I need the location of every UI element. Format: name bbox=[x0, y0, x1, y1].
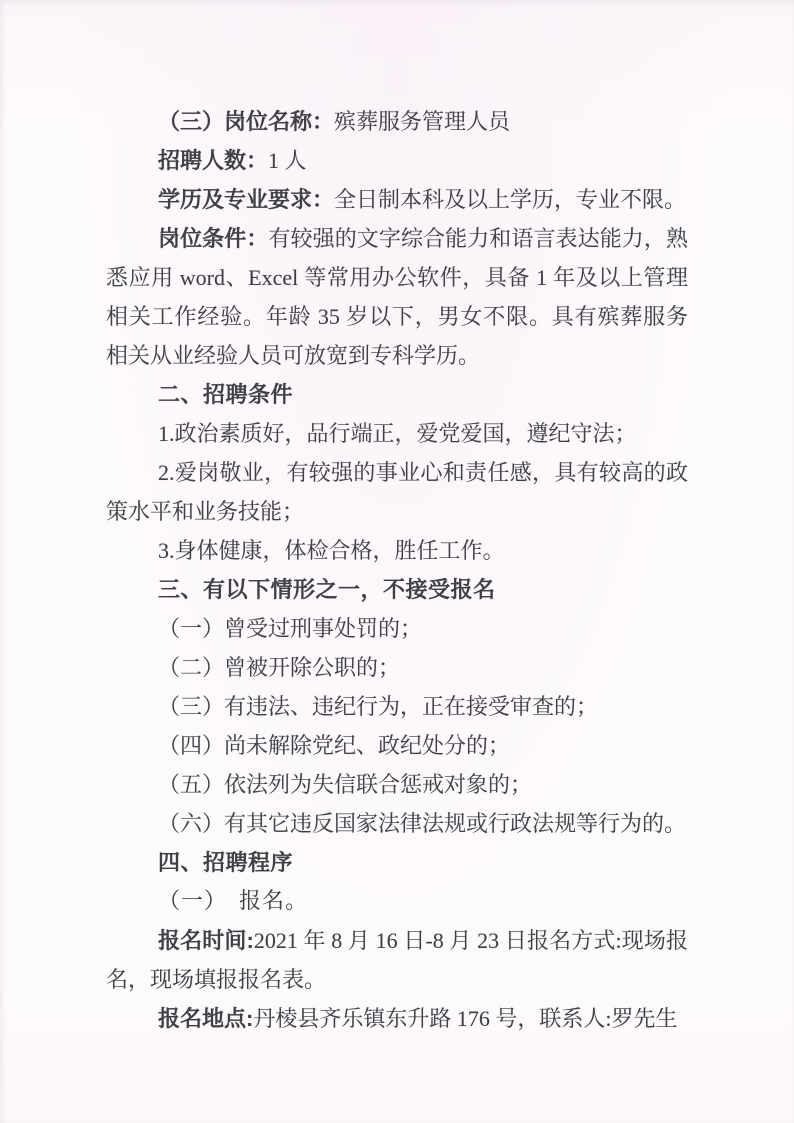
field-label: 报名地点: bbox=[158, 1006, 253, 1031]
text-segment: （三）有违法、违纪行为，正在接受审查的； bbox=[158, 694, 598, 719]
text-segment: （五）依法列为失信联合惩戒对象的； bbox=[158, 772, 532, 797]
text-line: （一） 报名。 bbox=[106, 882, 688, 921]
text-segment: 3.身体健康，体检合格，胜任工作。 bbox=[158, 538, 505, 563]
text-line: （三）岗位名称：殡葬服务管理人员 bbox=[106, 102, 688, 141]
text-segment: 名，现场填报报名表。 bbox=[106, 967, 326, 992]
text-line: 策水平和业务技能； bbox=[106, 492, 688, 531]
text-segment: 悉应用 word、Excel 等常用办公软件，具备 1 年及以上管理 bbox=[106, 265, 688, 290]
text-line: （二）曾被开除公职的； bbox=[106, 648, 688, 687]
text-line: 1.政治素质好，品行端正，爱党爱国，遵纪守法； bbox=[106, 414, 688, 453]
text-line: 招聘人数：1 人 bbox=[106, 141, 688, 180]
text-line: （三）有违法、违纪行为，正在接受审查的； bbox=[106, 687, 688, 726]
text-segment: （二）曾被开除公职的； bbox=[158, 655, 400, 680]
text-line: 岗位条件：有较强的文字综合能力和语言表达能力，熟 bbox=[106, 219, 688, 258]
section-heading: 二、招聘条件 bbox=[106, 375, 688, 414]
text-line: 相关工作经验。年龄 35 岁以下，男女不限。具有殡葬服务 bbox=[106, 297, 688, 336]
text-segment: 1 人 bbox=[268, 148, 307, 173]
text-line: （六）有其它违反国家法律法规或行政法规等行为的。 bbox=[106, 804, 688, 843]
text-segment: （一）曾受过刑事处罚的； bbox=[158, 616, 422, 641]
text-line: （五）依法列为失信联合惩戒对象的； bbox=[106, 765, 688, 804]
field-label: 岗位条件： bbox=[158, 226, 268, 251]
text-line: 报名地点:丹棱县齐乐镇东升路 176 号，联系人:罗先生 bbox=[106, 999, 688, 1038]
document-page: （三）岗位名称：殡葬服务管理人员招聘人数：1 人学历及专业要求：全日制本科及以上… bbox=[0, 0, 794, 1123]
text-line: 悉应用 word、Excel 等常用办公软件，具备 1 年及以上管理 bbox=[106, 258, 688, 297]
text-segment: 全日制本科及以上学历，专业不限。 bbox=[334, 187, 686, 212]
text-line: （一）曾受过刑事处罚的； bbox=[106, 609, 688, 648]
field-label: 学历及专业要求： bbox=[158, 187, 334, 212]
text-segment: 2.爱岗敬业，有较强的事业心和责任感，具有较高的政 bbox=[158, 460, 688, 485]
text-segment: 相关从业经验人员可放宽到专科学历。 bbox=[106, 343, 480, 368]
text-segment: 相关工作经验。年龄 35 岁以下，男女不限。具有殡葬服务 bbox=[106, 304, 688, 329]
document-body: （三）岗位名称：殡葬服务管理人员招聘人数：1 人学历及专业要求：全日制本科及以上… bbox=[0, 0, 794, 1038]
field-label: 四、招聘程序 bbox=[158, 850, 293, 875]
text-segment: （四）尚未解除党纪、政纪处分的； bbox=[158, 733, 510, 758]
field-label: 二、招聘条件 bbox=[158, 382, 293, 407]
field-label: 招聘人数： bbox=[158, 148, 268, 173]
text-segment: 殡葬服务管理人员 bbox=[334, 109, 510, 134]
text-segment: 有较强的文字综合能力和语言表达能力，熟 bbox=[268, 226, 688, 251]
text-line: 2.爱岗敬业，有较强的事业心和责任感，具有较高的政 bbox=[106, 453, 688, 492]
text-line: 报名时间:2021 年 8 月 16 日-8 月 23 日报名方式:现场报 bbox=[106, 921, 688, 960]
section-heading: 三、有以下情形之一，不接受报名 bbox=[106, 570, 688, 609]
text-segment: 2021 年 8 月 16 日-8 月 23 日报名方式:现场报 bbox=[254, 928, 688, 953]
text-line: 3.身体健康，体检合格，胜任工作。 bbox=[106, 531, 688, 570]
text-segment: 策水平和业务技能； bbox=[106, 499, 304, 524]
text-segment: 丹棱县齐乐镇东升路 176 号，联系人:罗先生 bbox=[253, 1006, 677, 1031]
text-segment: （六）有其它违反国家法律法规或行政法规等行为的。 bbox=[158, 811, 686, 836]
field-label: 三、有以下情形之一，不接受报名 bbox=[158, 577, 496, 602]
field-label: 报名时间: bbox=[158, 928, 254, 953]
text-line: 相关从业经验人员可放宽到专科学历。 bbox=[106, 336, 688, 375]
text-line: 名，现场填报报名表。 bbox=[106, 960, 688, 999]
text-line: 学历及专业要求：全日制本科及以上学历，专业不限。 bbox=[106, 180, 688, 219]
section-heading: 四、招聘程序 bbox=[106, 843, 688, 882]
text-segment: （一） 报名。 bbox=[158, 889, 308, 914]
text-segment: 1.政治素质好，品行端正，爱党爱国，遵纪守法； bbox=[158, 421, 637, 446]
field-label: （三）岗位名称： bbox=[158, 109, 334, 134]
text-line: （四）尚未解除党纪、政纪处分的； bbox=[106, 726, 688, 765]
